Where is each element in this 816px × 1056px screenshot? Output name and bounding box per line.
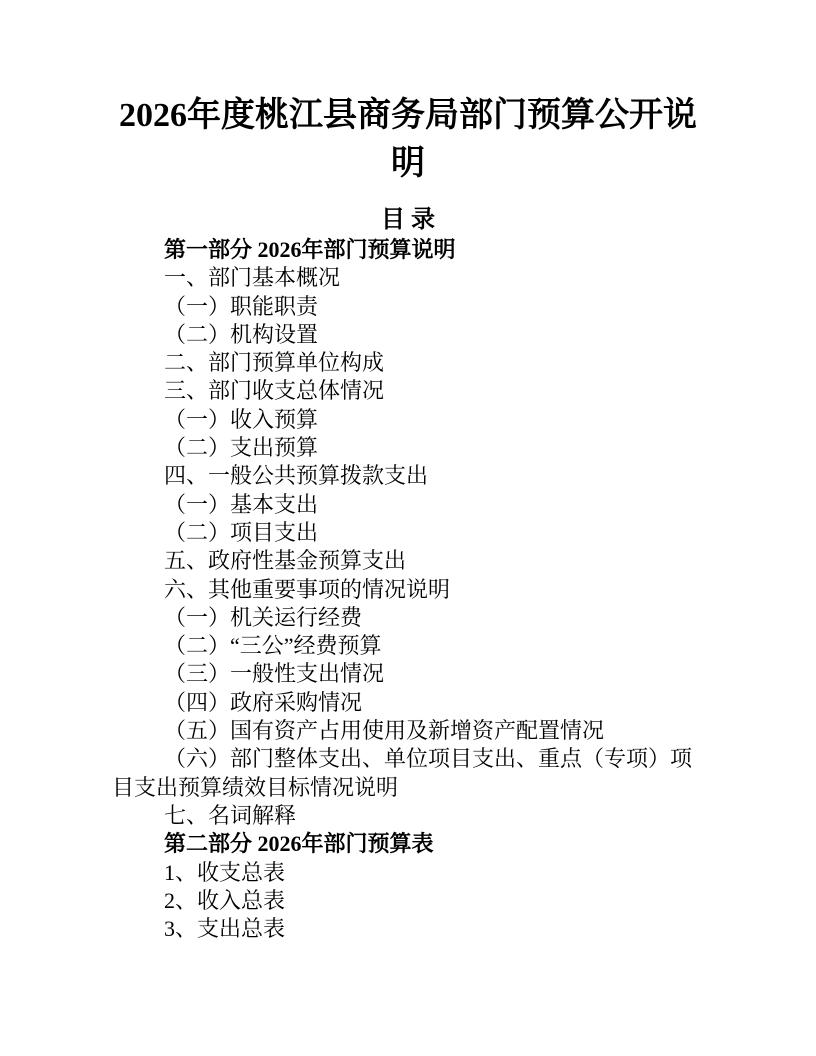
toc-item: 2、收入总表 <box>112 887 706 915</box>
toc-item: （六）部门整体支出、单位项目支出、重点（专项）项目支出预算绩效目标情况说明 <box>112 745 706 802</box>
toc-item: 3、支出总表 <box>112 915 706 943</box>
toc-item: 七、名词解释 <box>112 802 706 830</box>
toc-item: 1、收支总表 <box>112 859 706 887</box>
toc-item: （一）基本支出 <box>112 491 706 519</box>
toc-item: 三、部门收支总体情况 <box>112 377 706 405</box>
toc-heading: 目 录 <box>0 206 816 234</box>
toc-item: （五）国有资产占用使用及新增资产配置情况 <box>112 717 706 745</box>
toc-item: （一）收入预算 <box>112 406 706 434</box>
toc-item: 六、其他重要事项的情况说明 <box>112 576 706 604</box>
toc-item: （二）项目支出 <box>112 519 706 547</box>
toc-section-heading: 第一部分 2026年部门预算说明 <box>112 236 706 264</box>
toc-item: （二）“三公”经费预算 <box>112 632 706 660</box>
toc-item: （四）政府采购情况 <box>112 689 706 717</box>
toc-item: （一）职能职责 <box>112 293 706 321</box>
document-title: 2026年度桃江县商务局部门预算公开说明 <box>106 92 710 188</box>
toc-item: 一、部门基本概况 <box>112 264 706 292</box>
toc-item: （一）机关运行经费 <box>112 604 706 632</box>
toc-item: 四、一般公共预算拨款支出 <box>112 462 706 490</box>
toc-item: （二）机构设置 <box>112 321 706 349</box>
toc-item: （二）支出预算 <box>112 434 706 462</box>
toc-item: （三）一般性支出情况 <box>112 660 706 688</box>
toc-section-heading: 第二部分 2026年部门预算表 <box>112 830 706 858</box>
toc-item: 五、政府性基金预算支出 <box>112 547 706 575</box>
toc-list: 第一部分 2026年部门预算说明一、部门基本概况（一）职能职责（二）机构设置二、… <box>112 236 706 943</box>
toc-item: 二、部门预算单位构成 <box>112 349 706 377</box>
document-page: 2026年度桃江县商务局部门预算公开说明 目 录 第一部分 2026年部门预算说… <box>0 0 816 1056</box>
